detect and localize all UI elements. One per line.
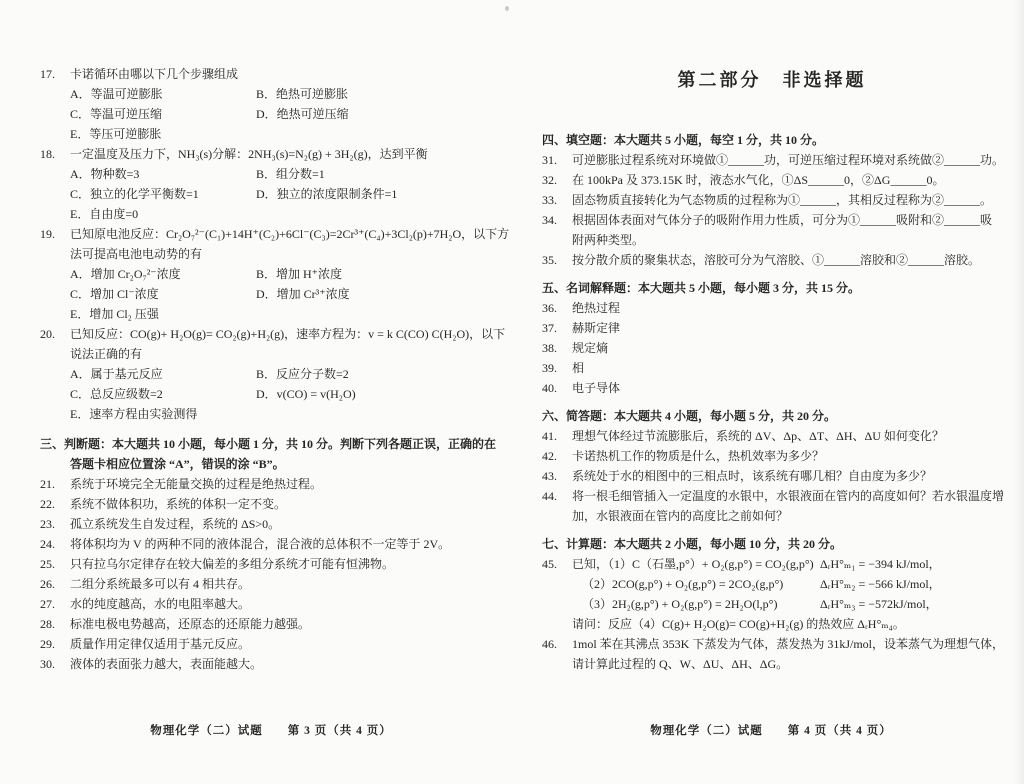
item-number: 25. bbox=[40, 554, 70, 574]
page-3-footer: 物理化学（二）试题 第 3 页（共 4 页） bbox=[40, 722, 502, 738]
item-text: 理想气体经过节流膨胀后，系统的 ΔV、Δp、ΔT、ΔH、ΔU 如何变化？ bbox=[572, 426, 1002, 446]
question-18: 18. 一定温度及压力下，NH₃(s)分解：2NH₃(s)=N₂(g) + 3H… bbox=[40, 144, 502, 164]
calc-item-45-question: 请问：反应（4）C(g)+ H₂O(g)= CO(g)+H₂(g) 的热效应 Δ… bbox=[542, 614, 1002, 634]
item-number: 43. bbox=[542, 466, 572, 486]
option-e: E．等压可逆膨胀 bbox=[70, 124, 256, 144]
item-number: 33. bbox=[542, 190, 572, 210]
section-6-heading: 六、简答题：本大题共 4 小题，每小题 5 分，共 20 分。 bbox=[542, 406, 1002, 426]
item-number: 46. bbox=[542, 634, 572, 654]
item-number: 21. bbox=[40, 474, 70, 494]
question-number: 17. bbox=[40, 64, 70, 84]
item-text: 赫斯定律 bbox=[572, 318, 1002, 338]
question-18-options-row: C．独立的化学平衡数=1 D．独立的浓度限制条件=1 bbox=[40, 184, 502, 204]
question-number: 20. bbox=[40, 324, 70, 344]
judgment-item-29: 29. 质量作用定律仅适用于基元反应。 bbox=[40, 634, 502, 654]
option-d: D．独立的浓度限制条件=1 bbox=[256, 184, 502, 204]
item-number: 42. bbox=[542, 446, 572, 466]
question-17: 17. 卡诺循环由哪以下几个步骤组成 bbox=[40, 64, 502, 84]
option-b: B．增加 H⁺浓度 bbox=[256, 264, 502, 284]
item-number: 22. bbox=[40, 494, 70, 514]
short-answer-44: 44. 将一根毛细管插入一定温度的水银中，水银液面在管内的高度如何？若水银温度增 bbox=[542, 486, 1002, 506]
judgment-item-22: 22. 系统不做体积功，系统的体积一定不变。 bbox=[40, 494, 502, 514]
calc-item-45-line-3: （3）2H₂(g,p°) + O₂(g,p°) = 2H₂O(l,p°) ΔᵣH… bbox=[542, 594, 1002, 614]
option-d: D．v(CO) = v(H₂O) bbox=[256, 384, 502, 404]
question-19-stem-continuation: 法可提高电池电动势的有 bbox=[40, 244, 502, 264]
item-text: 二组分系统最多可以有 4 相共存。 bbox=[70, 574, 502, 594]
item-number: 41. bbox=[542, 426, 572, 446]
section-5-heading: 五、名词解释题：本大题共 5 小题，每小题 3 分，共 15 分。 bbox=[542, 278, 1002, 298]
question-18-options-row: A．物种数=3 B．组分数=1 bbox=[40, 164, 502, 184]
question-17-options-row: C．等温可逆压缩 D．绝热可逆压缩 bbox=[40, 104, 502, 124]
item-text: 孤立系统发生自发过程，系统的 ΔS>0。 bbox=[70, 514, 502, 534]
item-text: 卡诺热机工作的物质是什么，热机效率为多少？ bbox=[572, 446, 1002, 466]
item-text: 固态物质直接转化为气态物质的过程称为①______，其相反过程称为②______… bbox=[572, 190, 1002, 210]
question-17-options-row: E．等压可逆膨胀 bbox=[40, 124, 502, 144]
question-20: 20. 已知反应：CO(g)+ H₂O(g)= CO₂(g)+H₂(g)，速率方… bbox=[40, 324, 502, 344]
item-number: 23. bbox=[40, 514, 70, 534]
item-number: 30. bbox=[40, 654, 70, 674]
option-e: E．增加 Cl₂ 压强 bbox=[70, 304, 256, 324]
fill-item-33: 33. 固态物质直接转化为气态物质的过程称为①______，其相反过程称为②__… bbox=[542, 190, 1002, 210]
option-e: E．速率方程由实验测得 bbox=[70, 404, 256, 424]
item-number: 28. bbox=[40, 614, 70, 634]
page-4-footer: 物理化学（二）试题 第 4 页（共 4 页） bbox=[540, 722, 1002, 738]
enthalpy-value-1: ΔᵣH°ₘ₁ = −394 kJ/mol， bbox=[820, 554, 1002, 574]
item-number: 39. bbox=[542, 358, 572, 378]
item-number: 24. bbox=[40, 534, 70, 554]
question-20-options-row: C．总反应级数=2 D．v(CO) = v(H₂O) bbox=[40, 384, 502, 404]
item-number: 29. bbox=[40, 634, 70, 654]
option-blank bbox=[256, 304, 502, 324]
option-a: A．等温可逆膨胀 bbox=[70, 84, 256, 104]
calc-item-46: 46. 1mol 苯在其沸点 353K 下蒸发为气体，蒸发热为 31kJ/mol… bbox=[542, 634, 1002, 654]
judgment-item-25: 25. 只有拉乌尔定律存在较大偏差的多组分系统才可能有恒沸物。 bbox=[40, 554, 502, 574]
option-a: A．物种数=3 bbox=[70, 164, 256, 184]
section-gap bbox=[40, 424, 502, 434]
calc-item-45-line-1: 45. 已知，（1）C（石墨,p°）+ O₂(g,p°) = CO₂(g,p°)… bbox=[542, 554, 1002, 574]
question-18-options-row: E．自由度=0 bbox=[40, 204, 502, 224]
question-19-options-row: C．增加 Cl⁻浓度 D．增加 Cr³⁺浓度 bbox=[40, 284, 502, 304]
option-blank bbox=[256, 124, 502, 144]
question-number: 19. bbox=[40, 224, 70, 244]
question-19: 19. 已知原电池反应：Cr₂O₇²⁻(C₁)+14H⁺(C₂)+6Cl⁻(C₃… bbox=[40, 224, 502, 244]
fill-item-34-continuation: 附两种类型。 bbox=[542, 230, 1002, 250]
item-text: 将一根毛细管插入一定温度的水银中，水银液面在管内的高度如何？若水银温度增 bbox=[572, 486, 1004, 506]
short-answer-41: 41. 理想气体经过节流膨胀后，系统的 ΔV、Δp、ΔT、ΔH、ΔU 如何变化？ bbox=[542, 426, 1002, 446]
item-text: 系统处于水的相图中的三相点时，该系统有哪几相？自由度为多少？ bbox=[572, 466, 1002, 486]
option-a: A．增加 Cr₂O₇²⁻浓度 bbox=[70, 264, 256, 284]
judgment-item-24: 24. 将体积均为 V 的两种不同的液体混合，混合液的总体积不一定等于 2V。 bbox=[40, 534, 502, 554]
item-number: 36. bbox=[542, 298, 572, 318]
item-text: 按分散介质的聚集状态，溶胶可分为气溶胶、①______溶胶和②______溶胶。 bbox=[572, 250, 1002, 270]
item-text: 电子导体 bbox=[572, 378, 1002, 398]
fill-item-34: 34. 根据固体表面对气体分子的吸附作用力性质，可分为①______吸附和②__… bbox=[542, 210, 1002, 230]
question-number: 18. bbox=[40, 144, 70, 164]
judgment-item-23: 23. 孤立系统发生自发过程，系统的 ΔS>0。 bbox=[40, 514, 502, 534]
item-text: 规定熵 bbox=[572, 338, 1002, 358]
item-text: 绝热过程 bbox=[572, 298, 1002, 318]
option-c: C．增加 Cl⁻浓度 bbox=[70, 284, 256, 304]
scan-speck bbox=[505, 6, 509, 11]
option-b: B．绝热可逆膨胀 bbox=[256, 84, 502, 104]
item-number: 40. bbox=[542, 378, 572, 398]
exam-page-3: 17. 卡诺循环由哪以下几个步骤组成 A．等温可逆膨胀 B．绝热可逆膨胀 C．等… bbox=[40, 64, 502, 674]
item-text: 将体积均为 V 的两种不同的液体混合，混合液的总体积不一定等于 2V。 bbox=[70, 534, 502, 554]
option-blank bbox=[256, 404, 502, 424]
question-20-options-row: E．速率方程由实验测得 bbox=[40, 404, 502, 424]
item-number: 31. bbox=[542, 150, 572, 170]
term-item-38: 38. 规定熵 bbox=[542, 338, 1002, 358]
reaction-equation-1: 已知，（1）C（石墨,p°）+ O₂(g,p°) = CO₂(g,p°) bbox=[572, 554, 820, 574]
option-blank bbox=[256, 204, 502, 224]
question-20-options-row: A．属于基元反应 B．反应分子数=2 bbox=[40, 364, 502, 384]
calc-item-46-continuation: 请计算此过程的 Q、W、ΔU、ΔH、ΔG。 bbox=[542, 654, 1002, 674]
question-19-options-row: E．增加 Cl₂ 压强 bbox=[40, 304, 502, 324]
item-text: 水的纯度越高，水的电阻率越大。 bbox=[70, 594, 502, 614]
item-number: 27. bbox=[40, 594, 70, 614]
short-answer-42: 42. 卡诺热机工作的物质是什么，热机效率为多少？ bbox=[542, 446, 1002, 466]
option-d: D．绝热可逆压缩 bbox=[256, 104, 502, 124]
item-number: 26. bbox=[40, 574, 70, 594]
calc-item-45-line-2: （2）2CO(g,p°) + O₂(g,p°) = 2CO₂(g,p°) ΔᵣH… bbox=[542, 574, 1002, 594]
item-text: 只有拉乌尔定律存在较大偏差的多组分系统才可能有恒沸物。 bbox=[70, 554, 502, 574]
part-2-title: 第二部分 非选择题 bbox=[542, 68, 1002, 92]
short-answer-43: 43. 系统处于水的相图中的三相点时，该系统有哪几相？自由度为多少？ bbox=[542, 466, 1002, 486]
question-stem: 一定温度及压力下，NH₃(s)分解：2NH₃(s)=N₂(g) + 3H₂(g)… bbox=[70, 144, 502, 164]
item-text: 相 bbox=[572, 358, 1002, 378]
section-3-heading-continuation: 答题卡相应位置涂 “A”，错误的涂 “B”。 bbox=[40, 454, 502, 474]
option-e: E．自由度=0 bbox=[70, 204, 256, 224]
judgment-item-21: 21. 系统于环境完全无能量交换的过程是绝热过程。 bbox=[40, 474, 502, 494]
item-number: 45. bbox=[542, 554, 572, 574]
option-a: A．属于基元反应 bbox=[70, 364, 256, 384]
fill-item-32: 32. 在 100kPa 及 373.15K 时，液态水气化，①ΔS______… bbox=[542, 170, 1002, 190]
item-number: 38. bbox=[542, 338, 572, 358]
section-3-heading: 三、判断题：本大题共 10 小题，每小题 1 分，共 10 分。判断下列各题正误… bbox=[40, 434, 502, 454]
enthalpy-value-3: ΔᵣH°ₘ₃ = −572kJ/mol， bbox=[820, 594, 1002, 614]
short-answer-44-continuation: 加，水银液面在管内的高度比之前如何？ bbox=[542, 506, 1002, 526]
fill-item-31: 31. 可逆膨胀过程系统对环境做①______功，可逆压缩过程环境对系统做②__… bbox=[542, 150, 1002, 170]
reaction-equation-3: （3）2H₂(g,p°) + O₂(g,p°) = 2H₂O(l,p°) bbox=[582, 594, 820, 614]
term-item-39: 39. 相 bbox=[542, 358, 1002, 378]
option-c: C．等温可逆压缩 bbox=[70, 104, 256, 124]
item-text: 标准电极电势越高，还原态的还原能力越强。 bbox=[70, 614, 502, 634]
section-7-heading: 七、计算题：本大题共 2 小题，每小题 10 分，共 20 分。 bbox=[542, 534, 1002, 554]
item-number: 34. bbox=[542, 210, 572, 230]
option-c: C．独立的化学平衡数=1 bbox=[70, 184, 256, 204]
option-b: B．反应分子数=2 bbox=[256, 364, 502, 384]
item-text: 系统于环境完全无能量交换的过程是绝热过程。 bbox=[70, 474, 502, 494]
item-text: 质量作用定律仅适用于基元反应。 bbox=[70, 634, 502, 654]
question-17-options-row: A．等温可逆膨胀 B．绝热可逆膨胀 bbox=[40, 84, 502, 104]
question-stem: 已知原电池反应：Cr₂O₇²⁻(C₁)+14H⁺(C₂)+6Cl⁻(C₃)=2C… bbox=[70, 224, 509, 244]
judgment-item-26: 26. 二组分系统最多可以有 4 相共存。 bbox=[40, 574, 502, 594]
item-text: 1mol 苯在其沸点 353K 下蒸发为气体，蒸发热为 31kJ/mol，设苯蒸… bbox=[572, 634, 1004, 654]
option-d: D．增加 Cr³⁺浓度 bbox=[256, 284, 502, 304]
question-20-stem-continuation: 说法正确的有 bbox=[40, 344, 502, 364]
item-text: 可逆膨胀过程系统对环境做①______功，可逆压缩过程环境对系统做②______… bbox=[572, 150, 1004, 170]
item-text: 在 100kPa 及 373.15K 时，液态水气化，①ΔS______0，②Δ… bbox=[572, 170, 1002, 190]
item-text: 系统不做体积功，系统的体积一定不变。 bbox=[70, 494, 502, 514]
section-4-heading: 四、填空题：本大题共 5 小题，每空 1 分，共 10 分。 bbox=[542, 130, 1002, 150]
enthalpy-value-2: ΔᵣH°ₘ₂ = −566 kJ/mol， bbox=[820, 574, 1002, 594]
question-stem: 已知反应：CO(g)+ H₂O(g)= CO₂(g)+H₂(g)，速率方程为：v… bbox=[70, 324, 505, 344]
option-c: C．总反应级数=2 bbox=[70, 384, 256, 404]
item-number: 37. bbox=[542, 318, 572, 338]
item-text: 液体的表面张力越大，表面能越大。 bbox=[70, 654, 502, 674]
scan-edge-shadow bbox=[1014, 0, 1024, 784]
item-number: 32. bbox=[542, 170, 572, 190]
term-item-36: 36. 绝热过程 bbox=[542, 298, 1002, 318]
judgment-item-27: 27. 水的纯度越高，水的电阻率越大。 bbox=[40, 594, 502, 614]
option-b: B．组分数=1 bbox=[256, 164, 502, 184]
question-stem: 卡诺循环由哪以下几个步骤组成 bbox=[70, 64, 502, 84]
item-text: 根据固体表面对气体分子的吸附作用力性质，可分为①______吸附和②______… bbox=[572, 210, 1002, 230]
item-number: 35. bbox=[542, 250, 572, 270]
item-number: 44. bbox=[542, 486, 572, 506]
judgment-item-28: 28. 标准电极电势越高，还原态的还原能力越强。 bbox=[40, 614, 502, 634]
judgment-item-30: 30. 液体的表面张力越大，表面能越大。 bbox=[40, 654, 502, 674]
question-19-options-row: A．增加 Cr₂O₇²⁻浓度 B．增加 H⁺浓度 bbox=[40, 264, 502, 284]
reaction-equation-2: （2）2CO(g,p°) + O₂(g,p°) = 2CO₂(g,p°) bbox=[582, 574, 820, 594]
exam-page-4: 第二部分 非选择题 四、填空题：本大题共 5 小题，每空 1 分，共 10 分。… bbox=[542, 68, 1002, 674]
term-item-40: 40. 电子导体 bbox=[542, 378, 1002, 398]
fill-item-35: 35. 按分散介质的聚集状态，溶胶可分为气溶胶、①______溶胶和②_____… bbox=[542, 250, 1002, 270]
term-item-37: 37. 赫斯定律 bbox=[542, 318, 1002, 338]
